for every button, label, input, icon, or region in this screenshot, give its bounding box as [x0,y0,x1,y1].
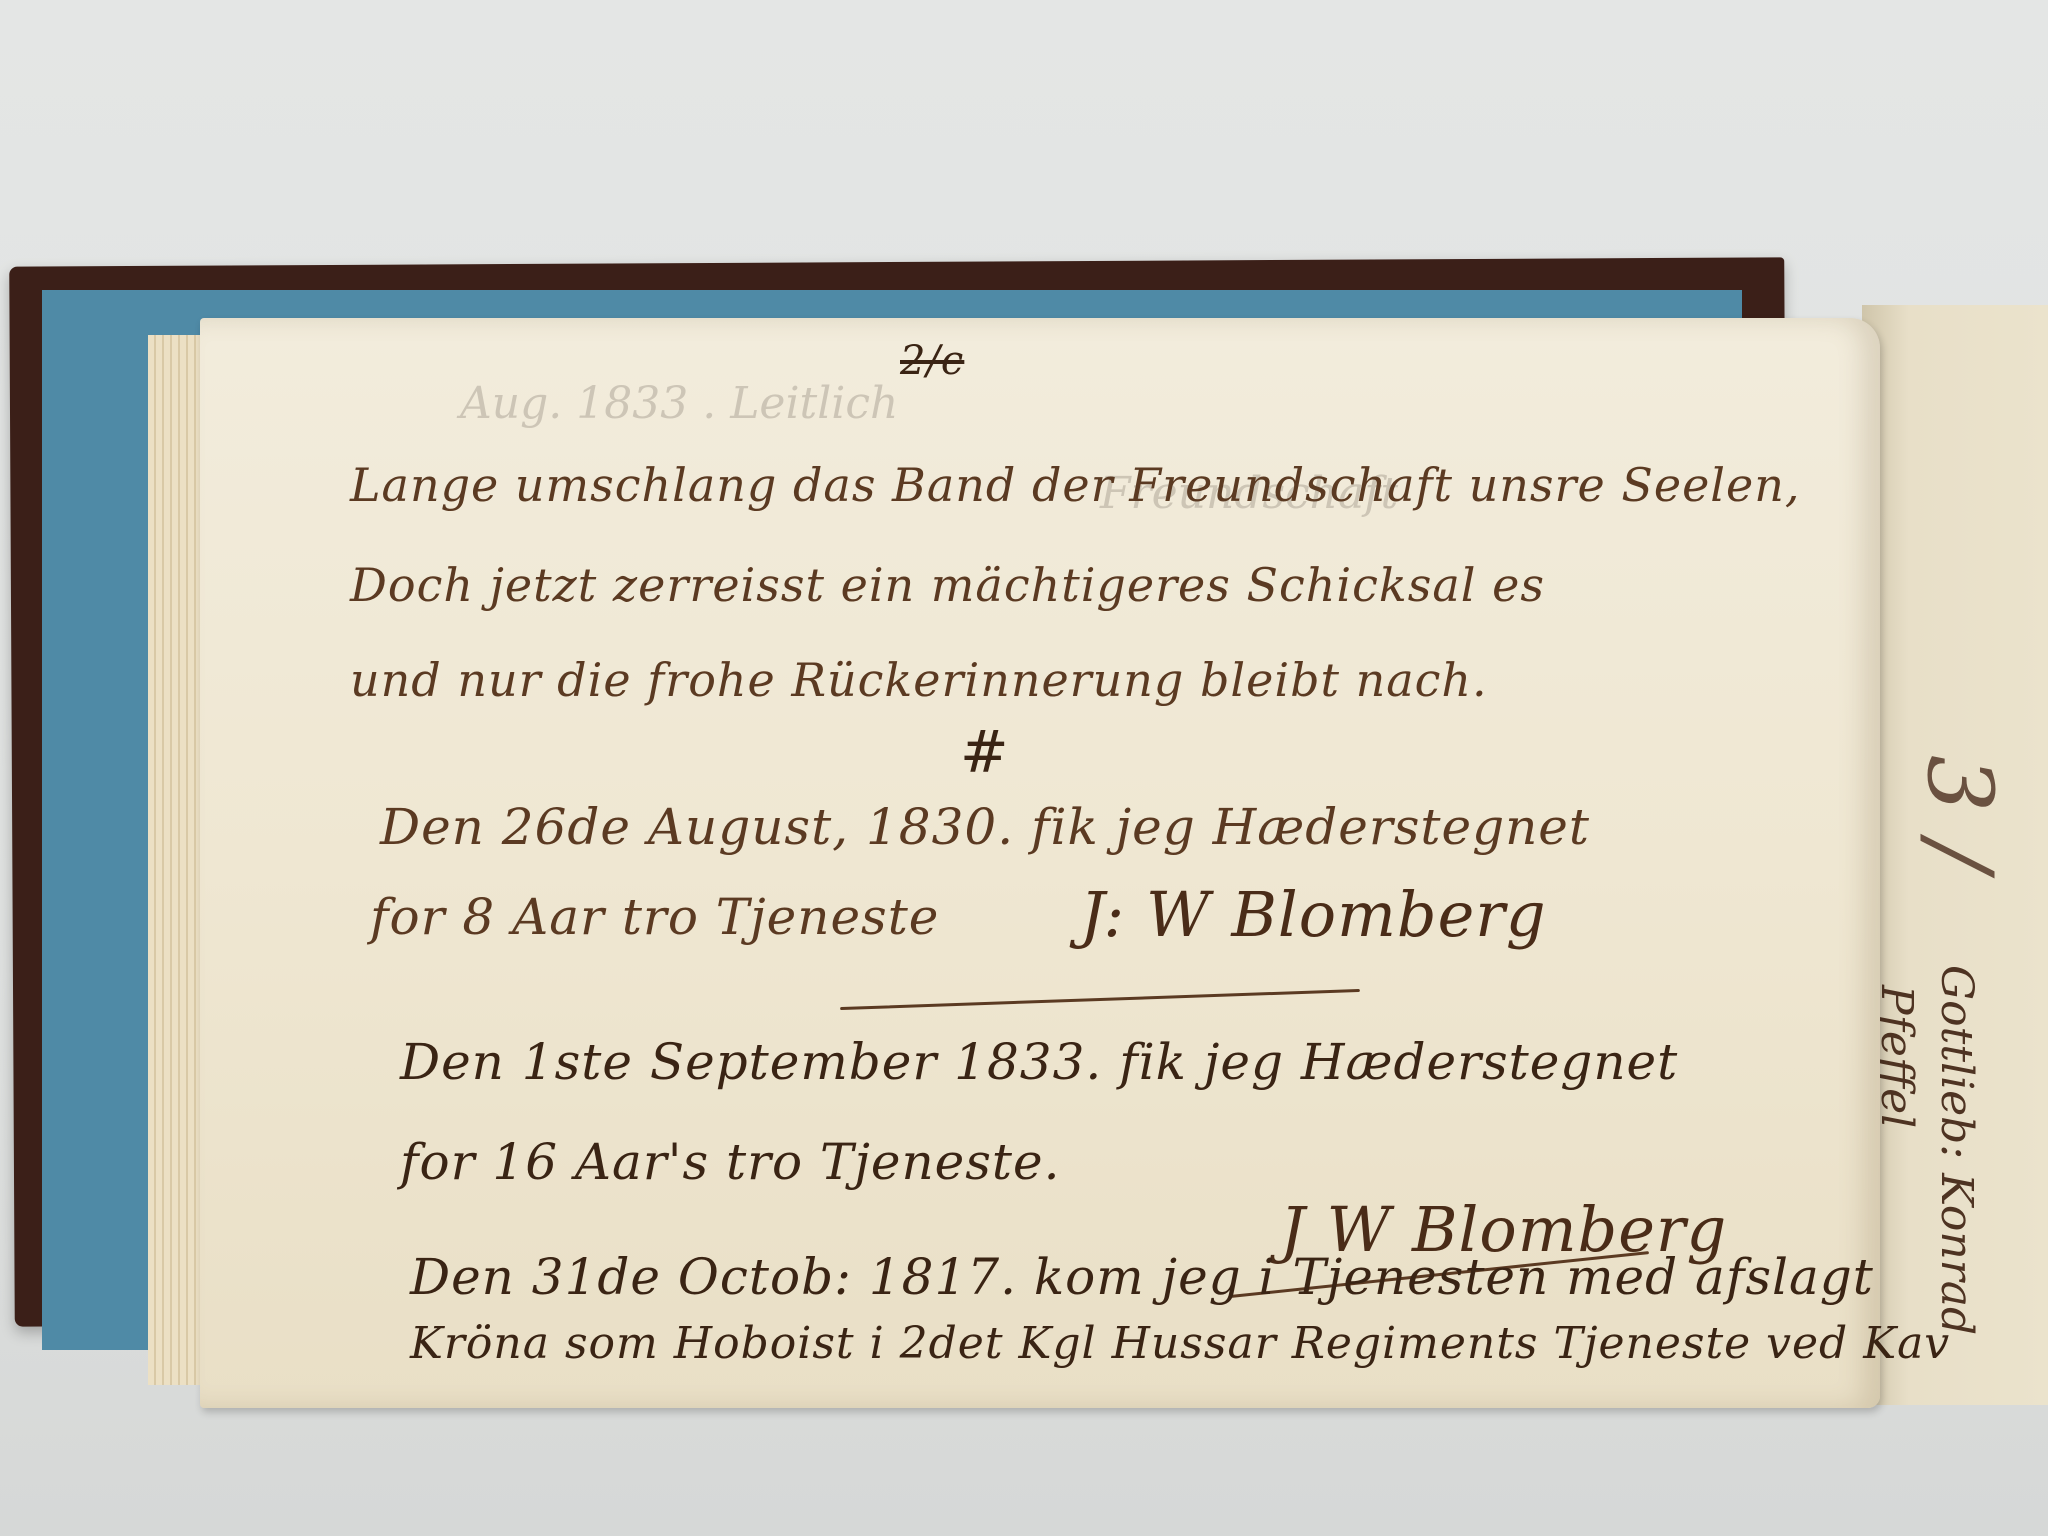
separator-mark: # [960,718,1010,786]
verse-line-2: Doch jetzt zerreisst ein mächtigeres Sch… [350,558,1545,612]
verse-line-3: und nur die frohe Rückerinnerung bleibt … [350,653,1488,707]
facing-page-large-mark: 3 / [1907,755,2012,871]
bleed-through-text-1: Aug. 1833 . Leitlich [460,378,898,429]
facing-page-name-line-1: Gottlieb: Konrad [1931,965,1982,1335]
signature-underline-1 [840,989,1360,1010]
entry-3-line-2: Kröna som Hoboist i 2det Kgl Hussar Regi… [410,1318,1950,1369]
page-block-edges [148,335,208,1385]
entry-2-line-1: Den 1ste September 1833. fik jeg Hæderst… [400,1033,1678,1091]
entry-3-line-1: Den 31de Octob: 1817. kom jeg i Tjeneste… [410,1248,1874,1306]
verse-line-1: Lange umschlang das Band der Freundschaf… [350,458,1800,512]
manuscript-page: Aug. 1833 . Leitlich Freundschaft 2/c La… [200,318,1880,1408]
entry-1-line-2: for 8 Aar tro Tjeneste [370,888,939,946]
entry-1-line-1: Den 26de August, 1830. fik jeg Hædersteg… [380,798,1590,856]
entry-2-line-2: for 16 Aar's tro Tjeneste. [400,1133,1061,1191]
entry-1-signature: J: W Blomberg [1080,878,1547,951]
top-page-mark: 2/c [900,338,964,384]
facing-page: 3 / Gottlieb: Konrad Pfeffel [1862,305,2048,1405]
